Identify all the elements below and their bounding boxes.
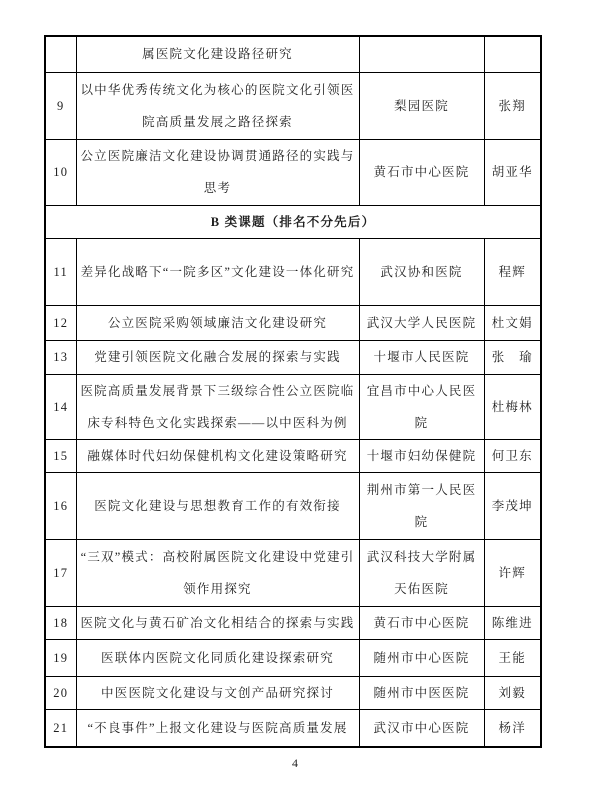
row-number-cell: 9 [45,72,76,139]
investigator-cell: 胡亚华 [484,139,541,205]
hospital-cell: 十堰市人民医院 [359,340,484,374]
investigator-cell: 李茂坤 [484,472,541,539]
table-row: 10 公立医院廉洁文化建设协调贯通路径的实践与思考 黄石市中心医院 胡亚华 [45,139,541,205]
row-number-cell: 13 [45,340,76,374]
topic-title-cell: 以中华优秀传统文化为核心的医院文化引领医院高质量发展之路径探索 [76,72,359,139]
row-number-cell: 16 [45,472,76,539]
row-number-cell: 12 [45,305,76,340]
row-number-cell: 17 [45,539,76,606]
table-row: 15 融媒体时代妇幼保健机构文化建设策略研究 十堰市妇幼保健院 何卫东 [45,439,541,472]
hospital-cell: 荆州市第一人民医院 [359,472,484,539]
hospital-cell: 武汉协和医院 [359,238,484,305]
hospital-cell: 随州市中医医院 [359,676,484,709]
hospital-cell: 随州市中心医院 [359,639,484,676]
topic-title-cell: 差异化战略下“一院多区”文化建设一体化研究 [76,238,359,305]
table-row: 13 党建引领医院文化融合发展的探索与实践 十堰市人民医院 张 瑜 [45,340,541,374]
investigator-cell: 张 瑜 [484,340,541,374]
topic-title-cell: 中医医院文化建设与文创产品研究探讨 [76,676,359,709]
topic-title-cell: 融媒体时代妇幼保健机构文化建设策略研究 [76,439,359,472]
investigator-cell: 许辉 [484,539,541,606]
topic-title-cell: 医院高质量发展背景下三级综合性公立医院临床专科特色文化实践探索——以中医科为例 [76,374,359,439]
table-row: 20 中医医院文化建设与文创产品研究探讨 随州市中医医院 刘毅 [45,676,541,709]
hospital-cell: 黄石市中心医院 [359,139,484,205]
table-row: 属医院文化建设路径研究 [45,36,541,72]
row-number-cell: 11 [45,238,76,305]
table-row: 12 公立医院采购领域廉洁文化建设研究 武汉大学人民医院 杜文娟 [45,305,541,340]
investigator-cell: 杜文娟 [484,305,541,340]
hospital-cell [359,36,484,72]
hospital-cell: 梨园医院 [359,72,484,139]
topic-title-cell: 属医院文化建设路径研究 [76,36,359,72]
topic-title-cell: 医院文化建设与思想教育工作的有效衔接 [76,472,359,539]
hospital-cell: 黄石市中心医院 [359,606,484,639]
table-row: 11 差异化战略下“一院多区”文化建设一体化研究 武汉协和医院 程辉 [45,238,541,305]
investigator-cell: 陈维进 [484,606,541,639]
row-number-cell: 19 [45,639,76,676]
topic-title-cell: 公立医院廉洁文化建设协调贯通路径的实践与思考 [76,139,359,205]
table-row: 9 以中华优秀传统文化为核心的医院文化引领医院高质量发展之路径探索 梨园医院 张… [45,72,541,139]
section-b-header: B 类课题（排名不分先后） [45,205,541,238]
hospital-cell: 武汉市中心医院 [359,709,484,747]
hospital-cell: 十堰市妇幼保健院 [359,439,484,472]
hospital-cell: 武汉大学人民医院 [359,305,484,340]
investigator-cell: 何卫东 [484,439,541,472]
row-number-cell [45,36,76,72]
topic-title-cell: 公立医院采购领域廉洁文化建设研究 [76,305,359,340]
row-number-cell: 18 [45,606,76,639]
hospital-cell: 宜昌市中心人民医院 [359,374,484,439]
page-number: 4 [0,756,590,771]
table-row: 19 医联体内医院文化同质化建设探索研究 随州市中心医院 王能 [45,639,541,676]
table-row: 21 “不良事件”上报文化建设与医院高质量发展 武汉市中心医院 杨洋 [45,709,541,747]
topic-title-cell: 医院文化与黄石矿冶文化相结合的探索与实践 [76,606,359,639]
topic-table: 属医院文化建设路径研究 9 以中华优秀传统文化为核心的医院文化引领医院高质量发展… [44,35,542,748]
section-header-row: B 类课题（排名不分先后） [45,205,541,238]
topic-title-cell: “三双”模式：高校附属医院文化建设中党建引领作用探究 [76,539,359,606]
investigator-cell: 程辉 [484,238,541,305]
table-row: 16 医院文化建设与思想教育工作的有效衔接 荆州市第一人民医院 李茂坤 [45,472,541,539]
investigator-cell: 王能 [484,639,541,676]
hospital-cell: 武汉科技大学附属天佑医院 [359,539,484,606]
investigator-cell: 杨洋 [484,709,541,747]
row-number-cell: 21 [45,709,76,747]
row-number-cell: 20 [45,676,76,709]
topic-title-cell: “不良事件”上报文化建设与医院高质量发展 [76,709,359,747]
table-row: 14 医院高质量发展背景下三级综合性公立医院临床专科特色文化实践探索——以中医科… [45,374,541,439]
investigator-cell [484,36,541,72]
row-number-cell: 15 [45,439,76,472]
topic-title-cell: 党建引领医院文化融合发展的探索与实践 [76,340,359,374]
table-row: 18 医院文化与黄石矿冶文化相结合的探索与实践 黄石市中心医院 陈维进 [45,606,541,639]
investigator-cell: 刘毅 [484,676,541,709]
investigator-cell: 张翔 [484,72,541,139]
topic-title-cell: 医联体内医院文化同质化建设探索研究 [76,639,359,676]
investigator-cell: 杜梅林 [484,374,541,439]
table-row: 17 “三双”模式：高校附属医院文化建设中党建引领作用探究 武汉科技大学附属天佑… [45,539,541,606]
row-number-cell: 14 [45,374,76,439]
document-page: 属医院文化建设路径研究 9 以中华优秀传统文化为核心的医院文化引领医院高质量发展… [0,0,590,798]
row-number-cell: 10 [45,139,76,205]
